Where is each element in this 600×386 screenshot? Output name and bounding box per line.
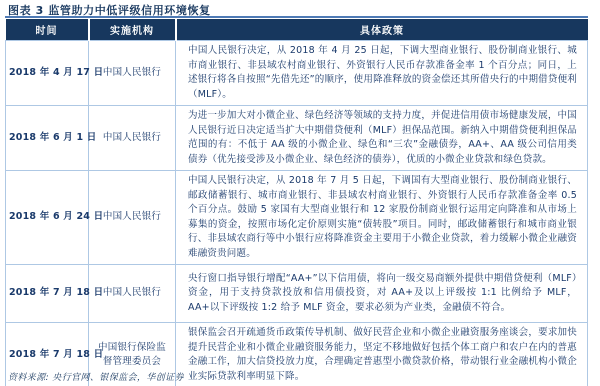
report-figure-page: 图表 3 监管助力中低评级信用环境恢复 时间 实施机构 具体政策 2018 年 … bbox=[0, 0, 600, 386]
table-row: 2018 年 4 月 17 日 中国人民银行 中国人民银行决定，从 2018 年… bbox=[6, 41, 588, 106]
header-row: 时间 实施机构 具体政策 bbox=[6, 19, 588, 41]
table-header: 时间 实施机构 具体政策 bbox=[6, 19, 588, 41]
org-cell: 中国人民银行 bbox=[89, 106, 176, 171]
table-top-rule bbox=[5, 16, 588, 18]
table-row: 2018 年 6 月 1 日 中国人民银行 为进一步加大对小微企业、绿色经济等领… bbox=[6, 106, 588, 171]
column-header-policy: 具体政策 bbox=[176, 19, 588, 41]
policy-cell: 为进一步加大对小微企业、绿色经济等领域的支持力度，并促进信用债市场健康发展，中国… bbox=[176, 106, 588, 171]
policy-table: 时间 实施机构 具体政策 2018 年 4 月 17 日 中国人民银行 中国人民… bbox=[5, 19, 588, 386]
source-note: 资料来源: 央行官网、银保监会，华创证券 bbox=[8, 370, 184, 383]
policy-cell: 央行窗口指导银行增配“AA+”以下信用债，将向一级交易商额外提供中期借贷便利（M… bbox=[176, 265, 588, 323]
date-cell: 2018 年 6 月 1 日 bbox=[6, 106, 89, 171]
table-body: 2018 年 4 月 17 日 中国人民银行 中国人民银行决定，从 2018 年… bbox=[6, 41, 588, 386]
policy-cell: 银保监会召开疏通货币政策传导机制、做好民营企业和小微企业融资服务座谈会，要求加快… bbox=[176, 323, 588, 386]
column-header-time: 时间 bbox=[6, 19, 89, 41]
table-row: 2018 年 6 月 24 日 中国人民银行 中国人民银行决定，从 2018 年… bbox=[6, 171, 588, 265]
policy-cell: 中国人民银行决定，从 2018 年 7 月 5 日起，下调国有大型商业银行、股份… bbox=[176, 171, 588, 265]
date-cell: 2018 年 4 月 17 日 bbox=[6, 41, 89, 106]
table-row: 2018 年 7 月 18 日 中国人民银行 央行窗口指导银行增配“AA+”以下… bbox=[6, 265, 588, 323]
policy-cell: 中国人民银行决定，从 2018 年 4 月 25 日起，下调大型商业银行、股份制… bbox=[176, 41, 588, 106]
policy-table-container: 时间 实施机构 具体政策 2018 年 4 月 17 日 中国人民银行 中国人民… bbox=[5, 16, 588, 386]
date-cell: 2018 年 7 月 18 日 bbox=[6, 265, 89, 323]
date-cell: 2018 年 6 月 24 日 bbox=[6, 171, 89, 265]
column-header-org: 实施机构 bbox=[89, 19, 176, 41]
